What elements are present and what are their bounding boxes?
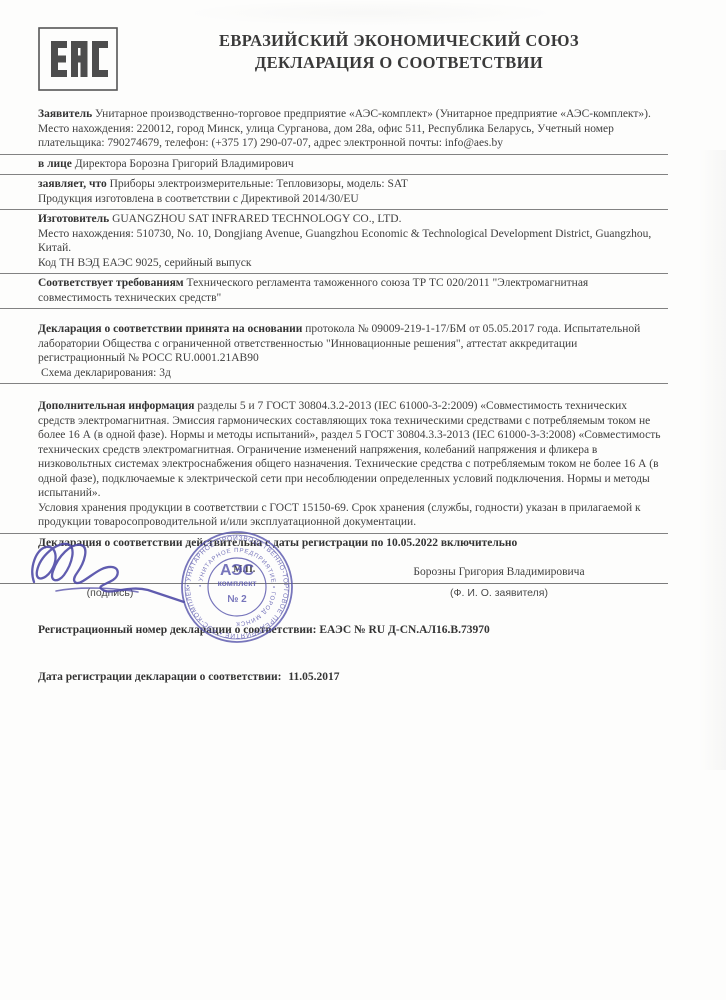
registration-date-line: Дата регистрации декларации о соответств… bbox=[0, 668, 668, 688]
declares-line2: Продукция изготовлена в соответствии с Д… bbox=[38, 192, 662, 207]
additional-text: разделы 5 и 7 ГОСТ 30804.3.2-2013 (IEC 6… bbox=[38, 400, 661, 499]
registration-number-line: Регистрационный номер декларации о соотв… bbox=[0, 621, 668, 641]
title-union: ЕВРАЗИЙСКИЙ ЭКОНОМИЧЕСКИЙ СОЮЗ bbox=[130, 30, 668, 52]
manufacturer-code: Код ТН ВЭД ЕАЭС 9025, серийный выпуск bbox=[38, 256, 662, 271]
title-declaration: ДЕКЛАРАЦИЯ О СООТВЕТСТВИИ bbox=[130, 52, 668, 74]
company-stamp: • УНИТАРНОЕ ПРОИЗВОДСТВЕННО-ТОРГОВОЕ ПРЕ… bbox=[172, 522, 302, 652]
applicant-text: Унитарное производственно-торговое предп… bbox=[38, 108, 651, 149]
section-applicant: Заявитель Унитарное производственно-торг… bbox=[0, 105, 668, 155]
registration-date-label: Дата регистрации декларации о соответств… bbox=[38, 671, 281, 683]
declares-label: заявляет, что bbox=[38, 178, 107, 190]
section-declares: заявляет, что Приборы электроизмерительн… bbox=[0, 175, 668, 210]
stamp-center-komplekt: комплект bbox=[217, 578, 256, 588]
additional-storage: Условия хранения продукции в соответстви… bbox=[38, 501, 662, 530]
manufacturer-address: Место нахождения: 510730, No. 10, Dongji… bbox=[38, 227, 662, 256]
basis-label: Декларация о соответствии принята на осн… bbox=[38, 323, 302, 335]
registration-date-value: 11.05.2017 bbox=[284, 671, 339, 683]
manufacturer-line1: Изготовитель GUANGZHOU SAT INFRARED TECH… bbox=[38, 212, 662, 227]
section-basis: Декларация о соответствии принята на осн… bbox=[0, 320, 668, 384]
declares-line1: заявляет, что Приборы электроизмерительн… bbox=[38, 177, 662, 192]
handwritten-signature bbox=[26, 536, 196, 610]
manufacturer-name: GUANGZHOU SAT INFRARED TECHNOLOGY CO., L… bbox=[112, 213, 401, 225]
person-text: Директора Борозна Григорий Владимирович bbox=[75, 158, 294, 170]
applicant-fullname: Борозны Григория Владимировича bbox=[330, 566, 668, 578]
basis-scheme: Схема декларирования: 3д bbox=[38, 366, 662, 381]
signature-block: М.П. • УНИТАРНОЕ ПРОИЗВОДСТВЕННО-ТОРГОВО… bbox=[0, 554, 726, 618]
document-header: ЕВРАЗИЙСКИЙ ЭКОНОМИЧЕСКИЙ СОЮЗ ДЕКЛАРАЦИ… bbox=[0, 0, 726, 92]
applicant-label: Заявитель bbox=[38, 108, 92, 120]
stamp-center-aes: АЭС bbox=[220, 562, 255, 579]
additional-label: Дополнительная информация bbox=[38, 400, 195, 412]
fullname-caption: (Ф. И. О. заявителя) bbox=[330, 587, 668, 599]
section-person: в лице Директора Борозна Григорий Владим… bbox=[0, 155, 668, 176]
compliance-label: Соответствует требованиям bbox=[38, 277, 184, 289]
section-additional: Дополнительная информация разделы 5 и 7 … bbox=[0, 397, 668, 534]
section-compliance: Соответствует требованиям Технического р… bbox=[0, 274, 668, 309]
declares-product: Приборы электроизмерительные: Тепловизор… bbox=[110, 178, 408, 190]
person-label: в лице bbox=[38, 158, 72, 170]
manufacturer-label: Изготовитель bbox=[38, 213, 109, 225]
eac-mark-icon bbox=[38, 27, 118, 91]
document-body: Заявитель Унитарное производственно-торг… bbox=[0, 92, 726, 687]
stamp-center-number: № 2 bbox=[227, 594, 247, 605]
declaration-document: ЕВРАЗИЙСКИЙ ЭКОНОМИЧЕСКИЙ СОЮЗ ДЕКЛАРАЦИ… bbox=[0, 0, 726, 1000]
document-title: ЕВРАЗИЙСКИЙ ЭКОНОМИЧЕСКИЙ СОЮЗ ДЕКЛАРАЦИ… bbox=[130, 30, 668, 74]
section-manufacturer: Изготовитель GUANGZHOU SAT INFRARED TECH… bbox=[0, 210, 668, 274]
